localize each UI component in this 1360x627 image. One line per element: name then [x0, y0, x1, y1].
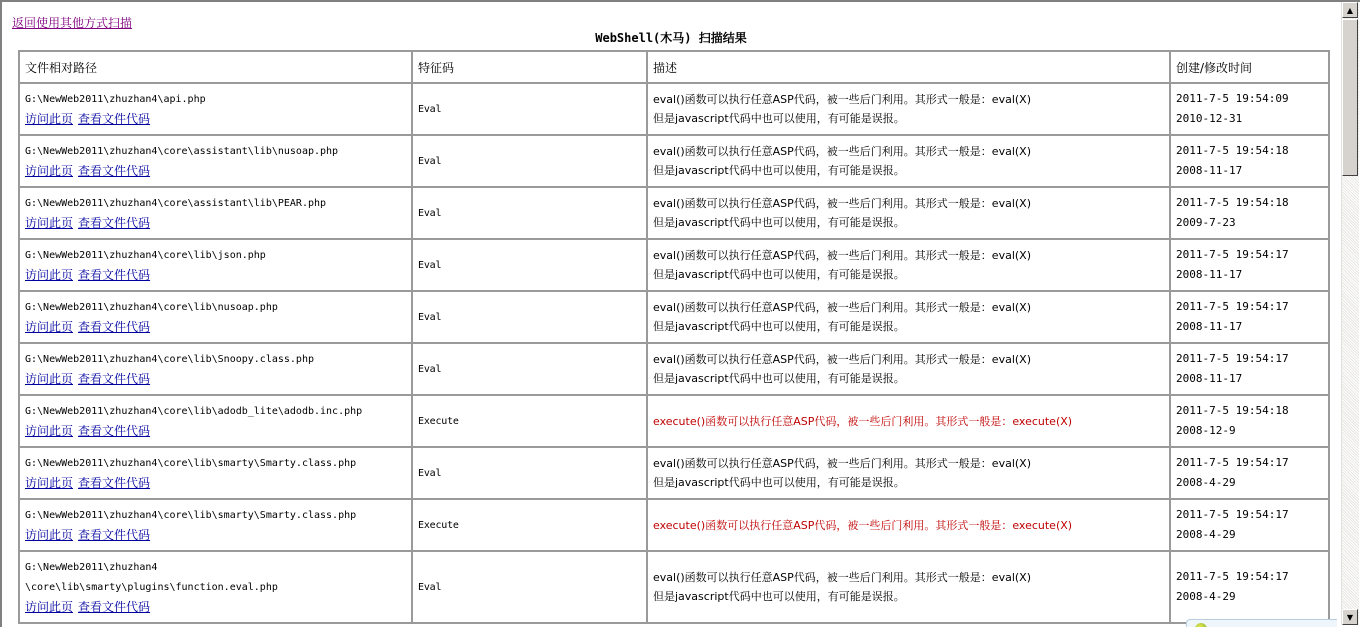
description-text: eval()函数可以执行任意ASP代码，被一些后门利用。其形式一般是：eval(… — [653, 298, 1164, 317]
visit-page-link[interactable]: 访问此页 — [25, 600, 73, 614]
created-time: 2011-7-5 19:54:18 — [1176, 401, 1323, 421]
table-row: G:\NewWeb2011\zhuzhan4\api.php访问此页查看文件代码… — [19, 83, 1329, 135]
time-cell: 2011-7-5 19:54:172008-11-17 — [1170, 291, 1329, 343]
visit-page-link[interactable]: 访问此页 — [25, 424, 73, 438]
description-text: eval()函数可以执行任意ASP代码，被一些后门利用。其形式一般是：eval(… — [653, 142, 1164, 161]
description-text: execute()函数可以执行任意ASP代码，被一些后门利用。其形式一般是：ex… — [653, 516, 1164, 535]
table-header-row: 文件相对路径 特征码 描述 创建/修改时间 — [19, 51, 1329, 83]
description-cell: eval()函数可以执行任意ASP代码，被一些后门利用。其形式一般是：eval(… — [647, 135, 1170, 187]
file-path-text: G:\NewWeb2011\zhuzhan4\core\assistant\li… — [25, 142, 406, 162]
description-text: eval()函数可以执行任意ASP代码，被一些后门利用。其形式一般是：eval(… — [653, 454, 1164, 473]
row-links: 访问此页查看文件代码 — [25, 266, 406, 284]
table-row: G:\NewWeb2011\zhuzhan4\core\lib\nusoap.p… — [19, 291, 1329, 343]
time-cell: 2011-7-5 19:54:182008-12-9 — [1170, 395, 1329, 447]
description-text: eval()函数可以执行任意ASP代码，被一些后门利用。其形式一般是：eval(… — [653, 350, 1164, 369]
modified-date: 2008-11-17 — [1176, 317, 1323, 337]
signature-cell: Eval — [412, 135, 647, 187]
vertical-scrollbar[interactable]: ▲ ▼ — [1341, 2, 1359, 625]
row-links: 访问此页查看文件代码 — [25, 110, 406, 128]
description-cell: eval()函数可以执行任意ASP代码，被一些后门利用。其形式一般是：eval(… — [647, 447, 1170, 499]
modified-date: 2009-7-23 — [1176, 213, 1323, 233]
created-time: 2011-7-5 19:54:17 — [1176, 297, 1323, 317]
time-cell: 2011-7-5 19:54:092010-12-31 — [1170, 83, 1329, 135]
view-file-code-link[interactable]: 查看文件代码 — [78, 424, 150, 438]
row-links: 访问此页查看文件代码 — [25, 370, 406, 388]
file-path-cell: G:\NewWeb2011\zhuzhan4\core\lib\adodb_li… — [19, 395, 412, 447]
description-text: 但是javascript代码中也可以使用，有可能是误报。 — [653, 473, 1164, 492]
file-path-cell: G:\NewWeb2011\zhuzhan4\api.php访问此页查看文件代码 — [19, 83, 412, 135]
description-cell: eval()函数可以执行任意ASP代码，被一些后门利用。其形式一般是：eval(… — [647, 551, 1170, 623]
header-file-path: 文件相对路径 — [19, 51, 412, 83]
table-row: G:\NewWeb2011\zhuzhan4\core\lib\smarty\S… — [19, 499, 1329, 551]
signature-cell: Eval — [412, 239, 647, 291]
description-text: 但是javascript代码中也可以使用，有可能是误报。 — [653, 369, 1164, 388]
modified-date: 2008-4-29 — [1176, 525, 1323, 545]
created-time: 2011-7-5 19:54:17 — [1176, 567, 1323, 587]
time-cell: 2011-7-5 19:54:172008-4-29 — [1170, 499, 1329, 551]
view-file-code-link[interactable]: 查看文件代码 — [78, 476, 150, 490]
modified-date: 2008-11-17 — [1176, 265, 1323, 285]
description-text: eval()函数可以执行任意ASP代码，被一些后门利用。其形式一般是：eval(… — [653, 568, 1164, 587]
file-path-cell: G:\NewWeb2011\zhuzhan4\core\lib\Snoopy.c… — [19, 343, 412, 395]
created-time: 2011-7-5 19:54:17 — [1176, 245, 1323, 265]
signature-cell: Eval — [412, 187, 647, 239]
description-text: 但是javascript代码中也可以使用，有可能是误报。 — [653, 213, 1164, 232]
description-text: eval()函数可以执行任意ASP代码，被一些后门利用。其形式一般是：eval(… — [653, 246, 1164, 265]
row-links: 访问此页查看文件代码 — [25, 162, 406, 180]
table-row: G:\NewWeb2011\zhuzhan4\core\assistant\li… — [19, 187, 1329, 239]
row-links: 访问此页查看文件代码 — [25, 214, 406, 232]
signature-cell: Eval — [412, 83, 647, 135]
file-path-cell: G:\NewWeb2011\zhuzhan4\core\assistant\li… — [19, 135, 412, 187]
modified-date: 2008-11-17 — [1176, 369, 1323, 389]
table-body: G:\NewWeb2011\zhuzhan4\api.php访问此页查看文件代码… — [19, 83, 1329, 623]
file-path-cell: G:\NewWeb2011\zhuzhan4\core\lib\smarty\S… — [19, 499, 412, 551]
signature-cell: Execute — [412, 499, 647, 551]
modified-date: 2008-4-29 — [1176, 473, 1323, 493]
window-frame-left — [0, 0, 2, 627]
time-cell: 2011-7-5 19:54:172008-11-17 — [1170, 239, 1329, 291]
table-row: G:\NewWeb2011\zhuzhan4\core\assistant\li… — [19, 135, 1329, 187]
signature-cell: Eval — [412, 291, 647, 343]
visit-page-link[interactable]: 访问此页 — [25, 216, 73, 230]
created-time: 2011-7-5 19:54:09 — [1176, 89, 1323, 109]
description-text: 但是javascript代码中也可以使用，有可能是误报。 — [653, 161, 1164, 180]
description-cell: execute()函数可以执行任意ASP代码，被一些后门利用。其形式一般是：ex… — [647, 395, 1170, 447]
description-text: 但是javascript代码中也可以使用，有可能是误报。 — [653, 265, 1164, 284]
time-cell: 2011-7-5 19:54:172008-4-29 — [1170, 551, 1329, 623]
time-cell: 2011-7-5 19:54:182008-11-17 — [1170, 135, 1329, 187]
row-links: 访问此页查看文件代码 — [25, 474, 406, 492]
modified-date: 2010-12-31 — [1176, 109, 1323, 129]
table-row: G:\NewWeb2011\zhuzhan4\core\lib\adodb_li… — [19, 395, 1329, 447]
description-cell: eval()函数可以执行任意ASP代码，被一些后门利用。其形式一般是：eval(… — [647, 187, 1170, 239]
description-text: eval()函数可以执行任意ASP代码，被一些后门利用。其形式一般是：eval(… — [653, 194, 1164, 213]
file-path-text: G:\NewWeb2011\zhuzhan4\core\lib\smarty\S… — [25, 506, 406, 526]
page-title: WebShell(木马) 扫描结果 — [0, 29, 1342, 46]
table-row: G:\NewWeb2011\zhuzhan4\core\lib\json.php… — [19, 239, 1329, 291]
table-row: G:\NewWeb2011\zhuzhan4\core\lib\smarty\p… — [19, 551, 1329, 623]
file-path-cell: G:\NewWeb2011\zhuzhan4\core\assistant\li… — [19, 187, 412, 239]
description-text: 但是javascript代码中也可以使用，有可能是误报。 — [653, 109, 1164, 128]
scan-results-table: 文件相对路径 特征码 描述 创建/修改时间 G:\NewWeb2011\zhuz… — [18, 50, 1330, 624]
view-file-code-link[interactable]: 查看文件代码 — [78, 528, 150, 542]
description-cell: eval()函数可以执行任意ASP代码，被一些后门利用。其形式一般是：eval(… — [647, 291, 1170, 343]
visit-page-link[interactable]: 访问此页 — [25, 476, 73, 490]
table-row: G:\NewWeb2011\zhuzhan4\core\lib\smarty\S… — [19, 447, 1329, 499]
file-path-text: G:\NewWeb2011\zhuzhan4\core\lib\json.php — [25, 246, 406, 266]
visit-page-link[interactable]: 访问此页 — [25, 320, 73, 334]
description-text: 但是javascript代码中也可以使用，有可能是误报。 — [653, 587, 1164, 606]
time-cell: 2011-7-5 19:54:172008-4-29 — [1170, 447, 1329, 499]
header-description: 描述 — [647, 51, 1170, 83]
signature-cell: Eval — [412, 343, 647, 395]
file-path-text: G:\NewWeb2011\zhuzhan4\core\lib\nusoap.p… — [25, 298, 406, 318]
file-path-text: \core\lib\smarty\plugins\function.eval.p… — [25, 578, 406, 598]
row-links: 访问此页查看文件代码 — [25, 422, 406, 440]
table-row: G:\NewWeb2011\zhuzhan4\core\lib\Snoopy.c… — [19, 343, 1329, 395]
window-frame-top — [0, 0, 1360, 2]
description-cell: execute()函数可以执行任意ASP代码，被一些后门利用。其形式一般是：ex… — [647, 499, 1170, 551]
visit-page-link[interactable]: 访问此页 — [25, 112, 73, 126]
header-signature: 特征码 — [412, 51, 647, 83]
signature-cell: Eval — [412, 447, 647, 499]
file-path-cell: G:\NewWeb2011\zhuzhan4\core\lib\smarty\S… — [19, 447, 412, 499]
visit-page-link[interactable]: 访问此页 — [25, 528, 73, 542]
created-time: 2011-7-5 19:54:17 — [1176, 349, 1323, 369]
time-cell: 2011-7-5 19:54:182009-7-23 — [1170, 187, 1329, 239]
file-path-cell: G:\NewWeb2011\zhuzhan4\core\lib\smarty\p… — [19, 551, 412, 623]
time-cell: 2011-7-5 19:54:172008-11-17 — [1170, 343, 1329, 395]
header-created-modified: 创建/修改时间 — [1170, 51, 1329, 83]
visit-page-link[interactable]: 访问此页 — [25, 372, 73, 386]
arrow-up-icon: ▲ — [1347, 6, 1353, 15]
view-file-code-link[interactable]: 查看文件代码 — [78, 372, 150, 386]
file-path-text: G:\NewWeb2011\zhuzhan4\core\lib\adodb_li… — [25, 402, 406, 422]
scroll-up-button[interactable]: ▲ — [1342, 2, 1358, 18]
visit-page-link[interactable]: 访问此页 — [25, 268, 73, 282]
description-cell: eval()函数可以执行任意ASP代码，被一些后门利用。其形式一般是：eval(… — [647, 83, 1170, 135]
file-path-cell: G:\NewWeb2011\zhuzhan4\core\lib\json.php… — [19, 239, 412, 291]
description-text: eval()函数可以执行任意ASP代码，被一些后门利用。其形式一般是：eval(… — [653, 90, 1164, 109]
arrow-down-icon: ▼ — [1347, 613, 1353, 622]
view-file-code-link[interactable]: 查看文件代码 — [78, 112, 150, 126]
modified-date: 2008-4-29 — [1176, 587, 1323, 607]
scrollbar-thumb[interactable] — [1342, 19, 1358, 176]
file-path-text: G:\NewWeb2011\zhuzhan4\api.php — [25, 90, 406, 110]
signature-cell: Execute — [412, 395, 647, 447]
view-file-code-link[interactable]: 查看文件代码 — [78, 320, 150, 334]
created-time: 2011-7-5 19:54:17 — [1176, 505, 1323, 525]
modified-date: 2008-11-17 — [1176, 161, 1323, 181]
file-path-text: G:\NewWeb2011\zhuzhan4\core\assistant\li… — [25, 194, 406, 214]
view-file-code-link[interactable]: 查看文件代码 — [78, 600, 150, 614]
row-links: 访问此页查看文件代码 — [25, 526, 406, 544]
file-path-cell: G:\NewWeb2011\zhuzhan4\core\lib\nusoap.p… — [19, 291, 412, 343]
signature-cell: Eval — [412, 551, 647, 623]
view-file-code-link[interactable]: 查看文件代码 — [78, 164, 150, 178]
row-links: 访问此页查看文件代码 — [25, 598, 406, 616]
scroll-down-button[interactable]: ▼ — [1342, 609, 1358, 625]
created-time: 2011-7-5 19:54:17 — [1176, 453, 1323, 473]
description-text: execute()函数可以执行任意ASP代码，被一些后门利用。其形式一般是：ex… — [653, 412, 1164, 431]
description-cell: eval()函数可以执行任意ASP代码，被一些后门利用。其形式一般是：eval(… — [647, 239, 1170, 291]
file-path-text: G:\NewWeb2011\zhuzhan4\core\lib\Snoopy.c… — [25, 350, 406, 370]
created-time: 2011-7-5 19:54:18 — [1176, 141, 1323, 161]
file-path-text: G:\NewWeb2011\zhuzhan4\core\lib\smarty\S… — [25, 454, 406, 474]
notification-icon — [1195, 623, 1207, 627]
visit-page-link[interactable]: 访问此页 — [25, 164, 73, 178]
modified-date: 2008-12-9 — [1176, 421, 1323, 441]
description-cell: eval()函数可以执行任意ASP代码，被一些后门利用。其形式一般是：eval(… — [647, 343, 1170, 395]
description-text: 但是javascript代码中也可以使用，有可能是误报。 — [653, 317, 1164, 336]
created-time: 2011-7-5 19:54:18 — [1176, 193, 1323, 213]
file-path-text: G:\NewWeb2011\zhuzhan4 — [25, 558, 406, 578]
view-file-code-link[interactable]: 查看文件代码 — [78, 268, 150, 282]
tray-notification-popup[interactable] — [1186, 619, 1337, 627]
view-file-code-link[interactable]: 查看文件代码 — [78, 216, 150, 230]
row-links: 访问此页查看文件代码 — [25, 318, 406, 336]
